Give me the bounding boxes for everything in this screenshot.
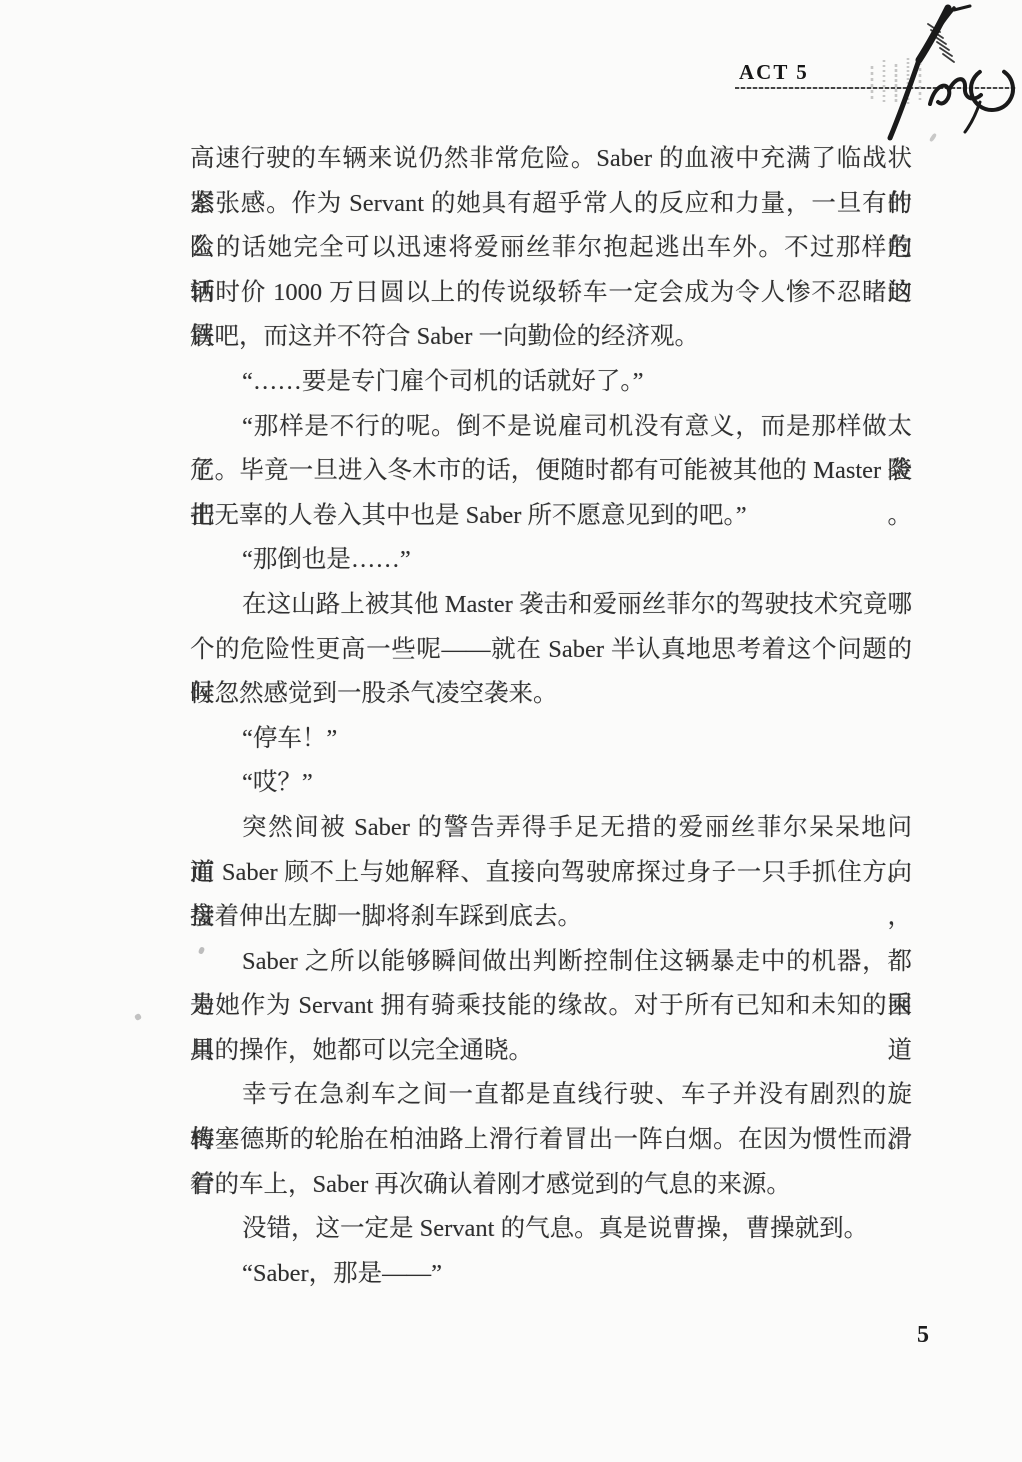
text-line: 了。毕竟一旦进入冬木市的话，便随时都有可能被其他的 Master 袭击。 — [190, 449, 912, 494]
text-line: 屑吧，而这并不符合 Saber 一向勤俭的经济观。 — [190, 315, 912, 360]
text-line: 高速行驶的车辆来说仍然非常危险。Saber 的血液中充满了临战状态的 — [190, 137, 912, 182]
text-line: 幸亏在急刹车之间一直都是直线行驶、车子并没有剧烈的旋转。 — [190, 1073, 912, 1118]
body-text-block: 高速行驶的车辆来说仍然非常危险。Saber 的血液中充满了临战状态的 紧张感。作… — [190, 137, 912, 1296]
text-line: 辆时价 1000 万日圆以上的传说级轿车一定会成为令人惨不忍睹的铁 — [190, 271, 912, 316]
text-line: 没错，这一定是 Servant 的气息。真是说曹操，曹操就到。 — [190, 1207, 912, 1252]
book-page: ACT 5 — [0, 0, 1022, 1462]
text-line: 个的危险性更高一些呢——就在 Saber 半认真地思考着这个问题的时 — [190, 628, 912, 673]
page-number: 5 — [917, 1322, 929, 1349]
text-line: 而 Saber 顾不上与她解释、直接向驾驶席探过身子一只手抓住方向盘， — [190, 851, 912, 896]
text-line: 突然间被 Saber 的警告弄得手足无措的爱丽丝菲尔呆呆地问道。 — [190, 806, 912, 851]
text-line: 在这山路上被其他 Master 袭击和爱丽丝菲尔的驾驶技术究竟哪 — [190, 583, 912, 628]
zero-logo — [842, 4, 1022, 148]
text-line: “Saber，那是——” — [190, 1252, 912, 1297]
text-line: 为她作为 Servant 拥有骑乘技能的缘故。对于所有已知和未知的乘用道 — [190, 984, 912, 1029]
text-line: Saber 之所以能够瞬间做出判断控制住这辆暴走中的机器，都是因 — [190, 940, 912, 985]
text-line: “哎？” — [190, 761, 912, 806]
text-line: 候忽然感觉到一股杀气凌空袭来。 — [190, 672, 912, 717]
text-line: “停车！” — [190, 717, 912, 762]
text-line: 梅塞德斯的轮胎在柏油路上滑行着冒出一阵白烟。在因为惯性而滑行 — [190, 1118, 912, 1163]
text-line: 险的话她完全可以迅速将爱丽丝菲尔抱起逃出车外。不过那样的话，这 — [190, 226, 912, 271]
act-header-label: ACT 5 — [739, 60, 809, 85]
text-line: 紧张感。作为 Servant 的她具有超乎常人的反应和力量，一旦有什么危 — [190, 182, 912, 227]
text-line: “那倒也是……” — [190, 538, 912, 583]
text-line: “那样是不行的呢。倒不是说雇司机没有意义，而是那样做太危险 — [190, 405, 912, 450]
text-line: 着的车上，Saber 再次确认着刚才感觉到的气息的来源。 — [190, 1163, 912, 1208]
text-line: “……要是专门雇个司机的话就好了。” — [190, 360, 912, 405]
scan-speck — [134, 1013, 142, 1021]
zero-brush-strokes-icon — [890, 6, 1021, 138]
